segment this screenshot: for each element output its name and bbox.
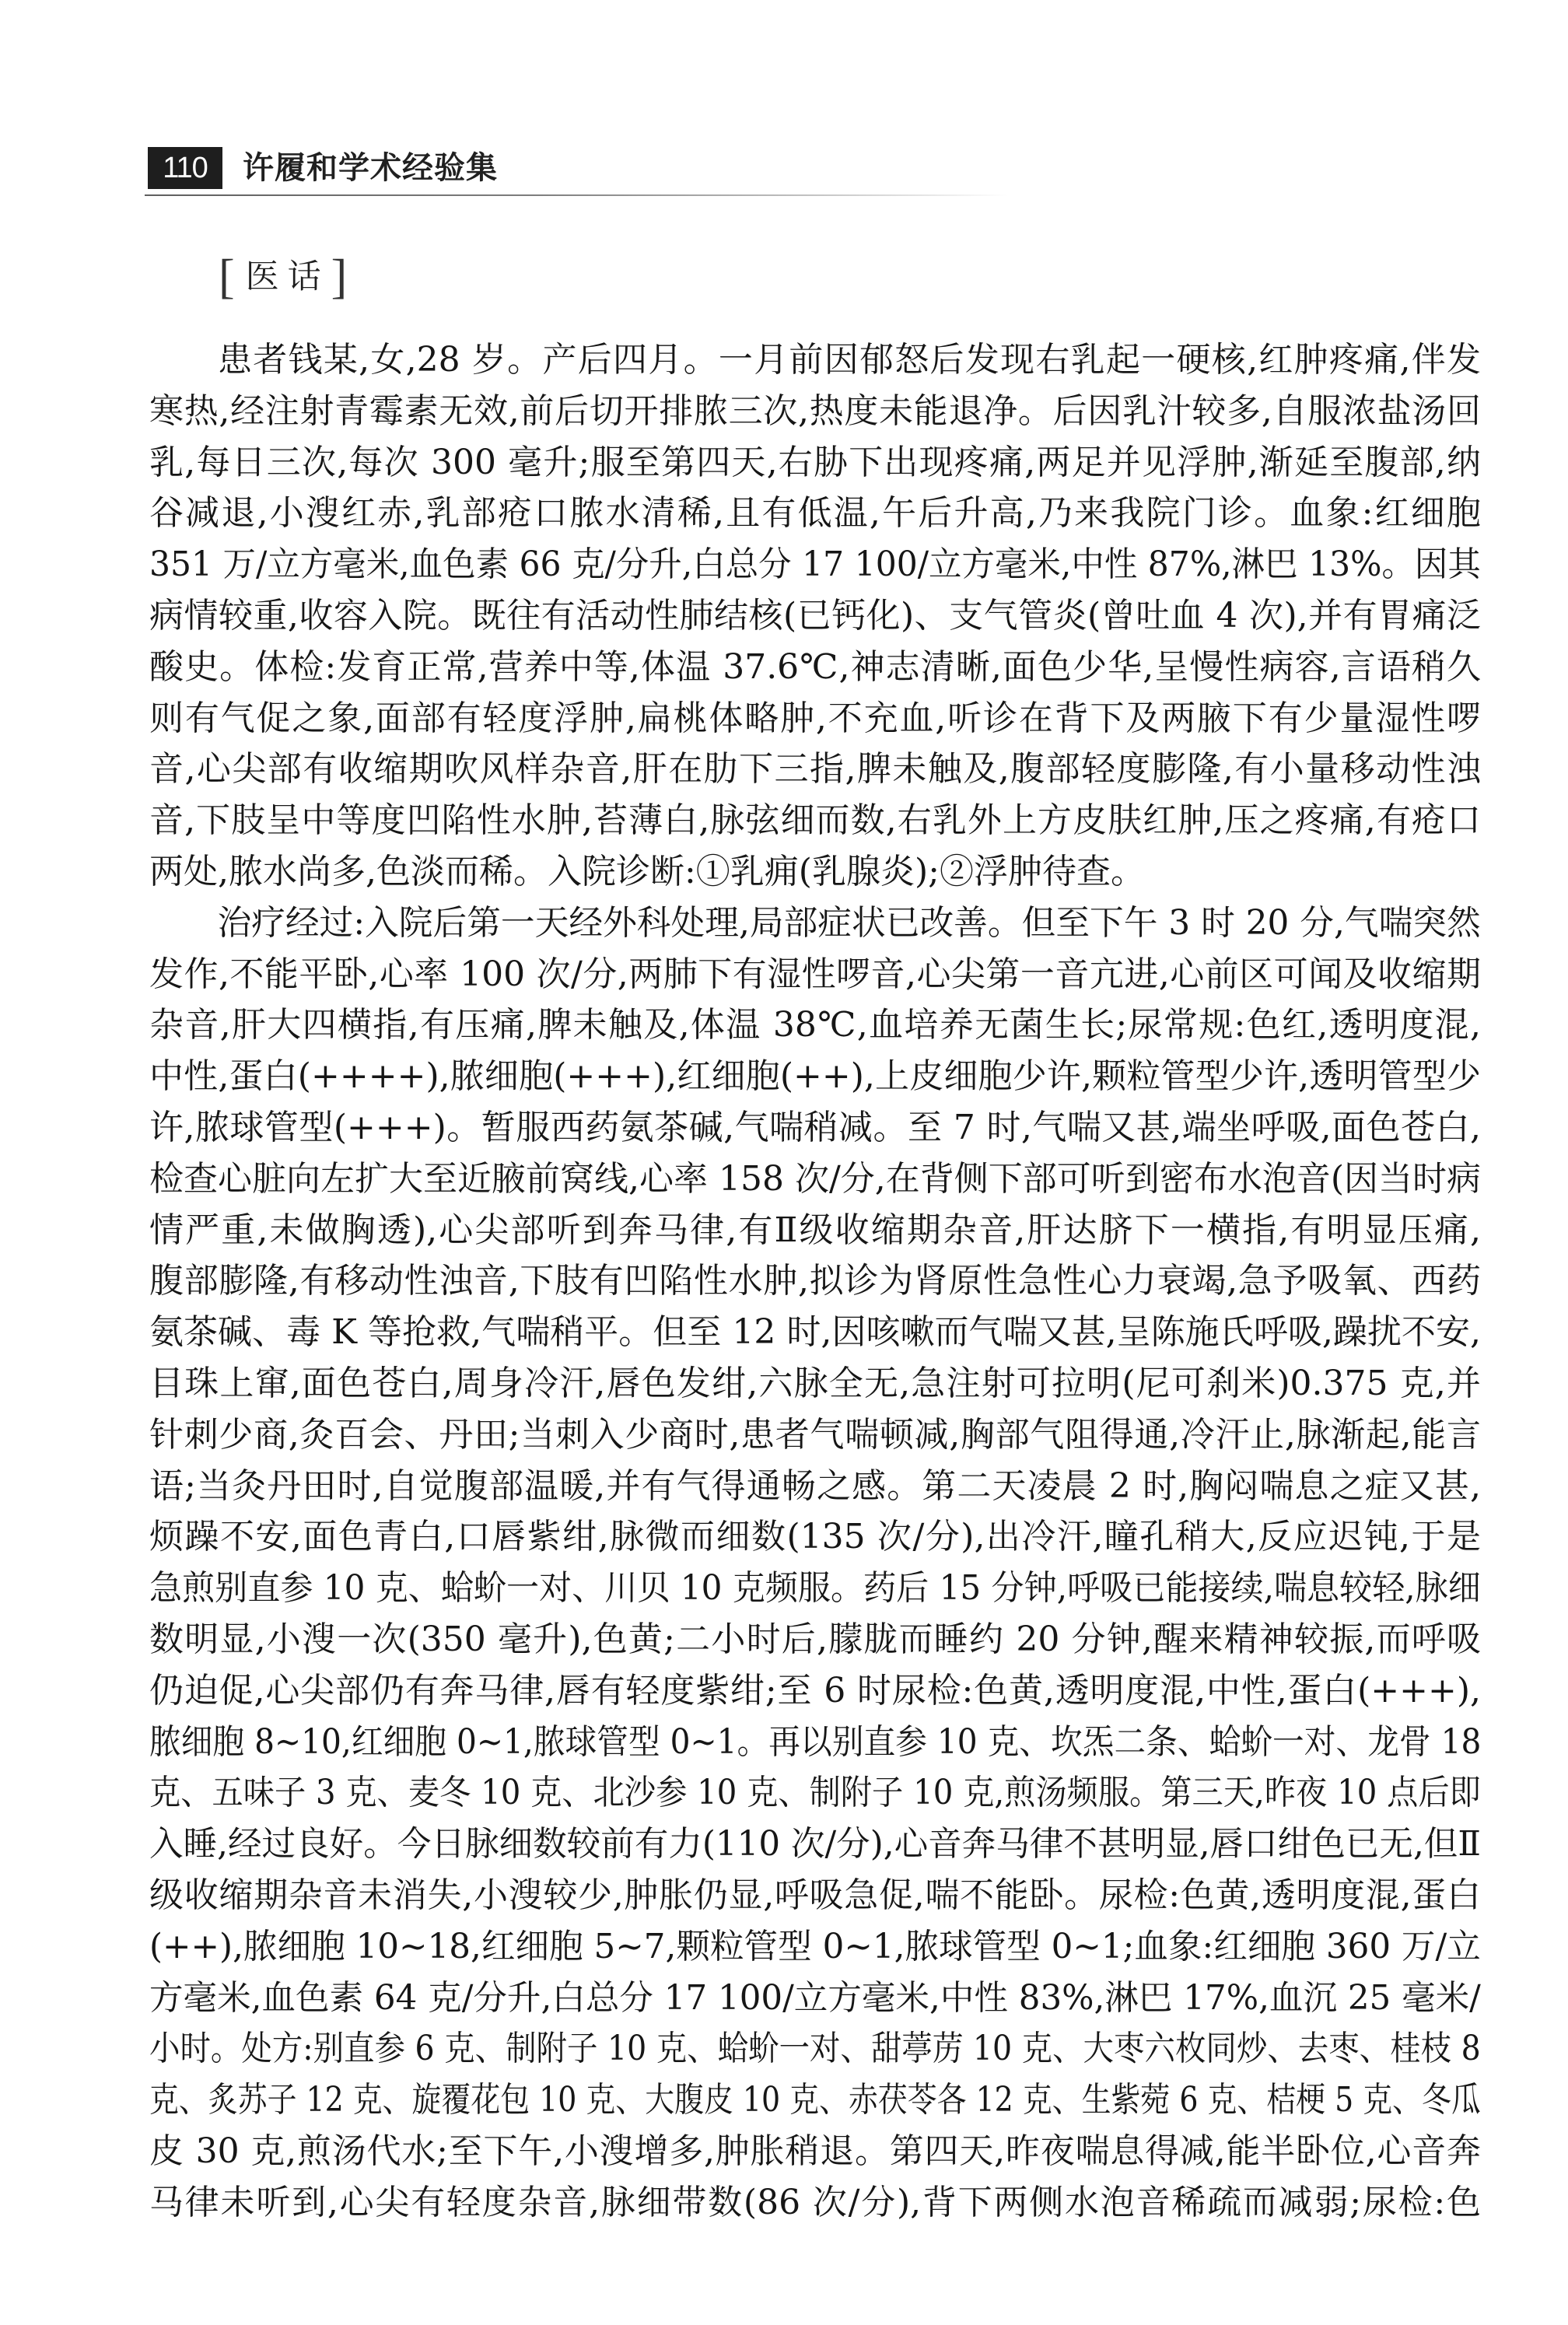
- text-line: 音,下肢呈中等度凹陷性水肿,苔薄白,脉弦细而数,右乳外上方皮肤红肿,压之疼痛,有…: [149, 795, 1481, 846]
- text-line: 氨茶碱、毒 K 等抢救,气喘稍平。但至 12 时,因咳嗽而气喘又甚,呈陈施氏呼吸…: [149, 1307, 1481, 1358]
- header-rule-divider: [145, 194, 1008, 196]
- open-bracket: [: [219, 252, 235, 302]
- text-line: 杂音,肝大四横指,有压痛,脾未触及,体温 38℃,血培养无菌生长;尿常规:色红,…: [149, 1000, 1481, 1051]
- text-line: 音,心尖部有收缩期吹风样杂音,肝在肋下三指,脾未触及,腹部轻度膨隆,有小量移动性…: [149, 744, 1481, 795]
- text-line: 谷减退,小溲红赤,乳部疮口脓水清稀,且有低温,午后升高,乃来我院门诊。血象:红细…: [149, 488, 1481, 539]
- text-line: 治疗经过:入院后第一天经外科处理,局部症状已改善。但至下午 3 时 20 分,气…: [149, 898, 1472, 949]
- page-number-badge: 110: [148, 147, 222, 189]
- text-line: 寒热,经注射青霉素无效,前后切开排脓三次,热度未能退净。后因乳汁较多,自服浓盐汤…: [149, 386, 1481, 437]
- text-line: 两处,脓水尚多,色淡而稀。入院诊断:①乳痈(乳腺炎);②浮肿待查。: [149, 846, 1481, 898]
- text-line: 发作,不能平卧,心率 100 次/分,两肺下有湿性啰音,心尖第一音亢进,心前区可…: [149, 949, 1481, 1000]
- text-line: 许,脓球管型(+++)。暂服西药氨茶碱,气喘稍减。至 7 时,气喘又甚,端坐呼吸…: [149, 1102, 1481, 1154]
- close-bracket: ]: [331, 252, 348, 302]
- text-line: 中性,蛋白(++++),脓细胞(+++),红细胞(++),上皮细胞少许,颗粒管型…: [149, 1051, 1481, 1102]
- text-line: 乳,每日三次,每次 300 毫升;服至第四天,右胁下出现疼痛,两足并见浮肿,渐延…: [149, 437, 1481, 488]
- text-line: 酸史。体检:发育正常,营养中等,体温 37.6℃,神志清晰,面色少华,呈慢性病容…: [149, 642, 1481, 693]
- text-line: 马律未听到,心尖有轻度杂音,脉细带数(86 次/分),背下两侧水泡音稀疏而减弱;…: [149, 2177, 1481, 2229]
- text-line: 351 万/立方毫米,血色素 66 克/分升,白总分 17 100/立方毫米,中…: [149, 539, 1434, 590]
- text-line: 小时。处方:别直参 6 克、制附子 10 克、蛤蚧一对、甜葶苈 10 克、大枣六…: [149, 2023, 1343, 2075]
- text-line: 烦躁不安,面色青白,口唇紫绀,脉微而细数(135 次/分),出冷汗,瞳孔稍大,反…: [149, 1511, 1481, 1563]
- body-text: 患者钱某,女,28 岁。产后四月。一月前因郁怒后发现右乳起一硬核,红肿疼痛,伴发…: [149, 334, 1481, 2228]
- text-line: 病情较重,收容入院。既往有活动性肺结核(已钙化)、支气管炎(曾吐血 4 次),并…: [149, 590, 1481, 642]
- text-line: 则有气促之象,面部有轻度浮肿,扁桃体略肿,不充血,听诊在背下及两腋下有少量湿性啰: [149, 693, 1481, 744]
- text-line: 目珠上窜,面色苍白,周身冷汗,唇色发绀,六脉全无,急注射可拉明(尼可刹米)0.3…: [149, 1358, 1481, 1409]
- text-line: 皮 30 克,煎汤代水;至下午,小溲增多,肿胀稍退。第四天,昨夜喘息得减,能半卧…: [149, 2126, 1481, 2177]
- text-line: 克、炙苏子 12 克、旋覆花包 10 克、大腹皮 10 克、赤茯苓各 12 克、…: [149, 2075, 1296, 2126]
- text-line: 语;当灸丹田时,自觉腹部温暖,并有气得通畅之感。第二天凌晨 2 时,胸闷喘息之症…: [149, 1461, 1481, 1512]
- text-line: 脓细胞 8~10,红细胞 0~1,脓球管型 0~1。再以别直参 10 克、坎炁二…: [149, 1717, 1381, 1768]
- text-line: 入睡,经过良好。今日脉细数较前有力(110 次/分),心音奔马律不甚明显,唇口绀…: [149, 1819, 1468, 1870]
- text-line: 级收缩期杂音未消失,小溲较少,肿胀仍显,呼吸急促,喘不能卧。尿检:色黄,透明度混…: [149, 1870, 1481, 1921]
- text-line: 患者钱某,女,28 岁。产后四月。一月前因郁怒后发现右乳起一硬核,红肿疼痛,伴发: [149, 334, 1481, 386]
- paragraph-treatment-course: 治疗经过:入院后第一天经外科处理,局部症状已改善。但至下午 3 时 20 分,气…: [149, 898, 1481, 2229]
- text-line: 情严重,未做胸透),心尖部听到奔马律,有Ⅱ级收缩期杂音,肝达脐下一横指,有明显压…: [149, 1205, 1481, 1256]
- text-line: 腹部膨隆,有移动性浊音,下肢有凹陷性水肿,拟诊为肾原性急性心力衰竭,急予吸氧、西…: [149, 1255, 1481, 1307]
- text-line: 检查心脏向左扩大至近腋前窝线,心率 158 次/分,在背侧下部可听到密布水泡音(…: [149, 1154, 1481, 1205]
- book-title: 许履和学术经验集: [243, 147, 498, 189]
- paragraph-case-history: 患者钱某,女,28 岁。产后四月。一月前因郁怒后发现右乳起一硬核,红肿疼痛,伴发…: [149, 334, 1481, 898]
- text-line: (++),脓细胞 10~18,红细胞 5~7,颗粒管型 0~1,脓球管型 0~1…: [149, 1921, 1468, 1973]
- section-title: 医话: [246, 252, 330, 302]
- page-number: 110: [163, 152, 208, 184]
- text-line: 方毫米,血色素 64 克/分升,白总分 17 100/立方毫米,中性 83%,淋…: [149, 1973, 1467, 2024]
- text-line: 克、五味子 3 克、麦冬 10 克、北沙参 10 克、制附子 10 克,煎汤频服…: [149, 1767, 1367, 1819]
- section-heading: [ 医话 ]: [219, 252, 347, 302]
- text-line: 急煎别直参 10 克、蛤蚧一对、川贝 10 克频服。药后 15 分钟,呼吸已能接…: [149, 1563, 1423, 1614]
- text-line: 数明显,小溲一次(350 毫升),色黄;二小时后,朦胧而睡约 20 分钟,醒来精…: [149, 1614, 1481, 1665]
- text-line: 仍迫促,心尖部仍有奔马律,唇有轻度紫绀;至 6 时尿检:色黄,透明度混,中性,蛋…: [149, 1665, 1481, 1717]
- text-line: 针刺少商,灸百会、丹田;当刺入少商时,患者气喘顿减,胸部气阻得通,冷汗止,脉渐起…: [149, 1409, 1481, 1461]
